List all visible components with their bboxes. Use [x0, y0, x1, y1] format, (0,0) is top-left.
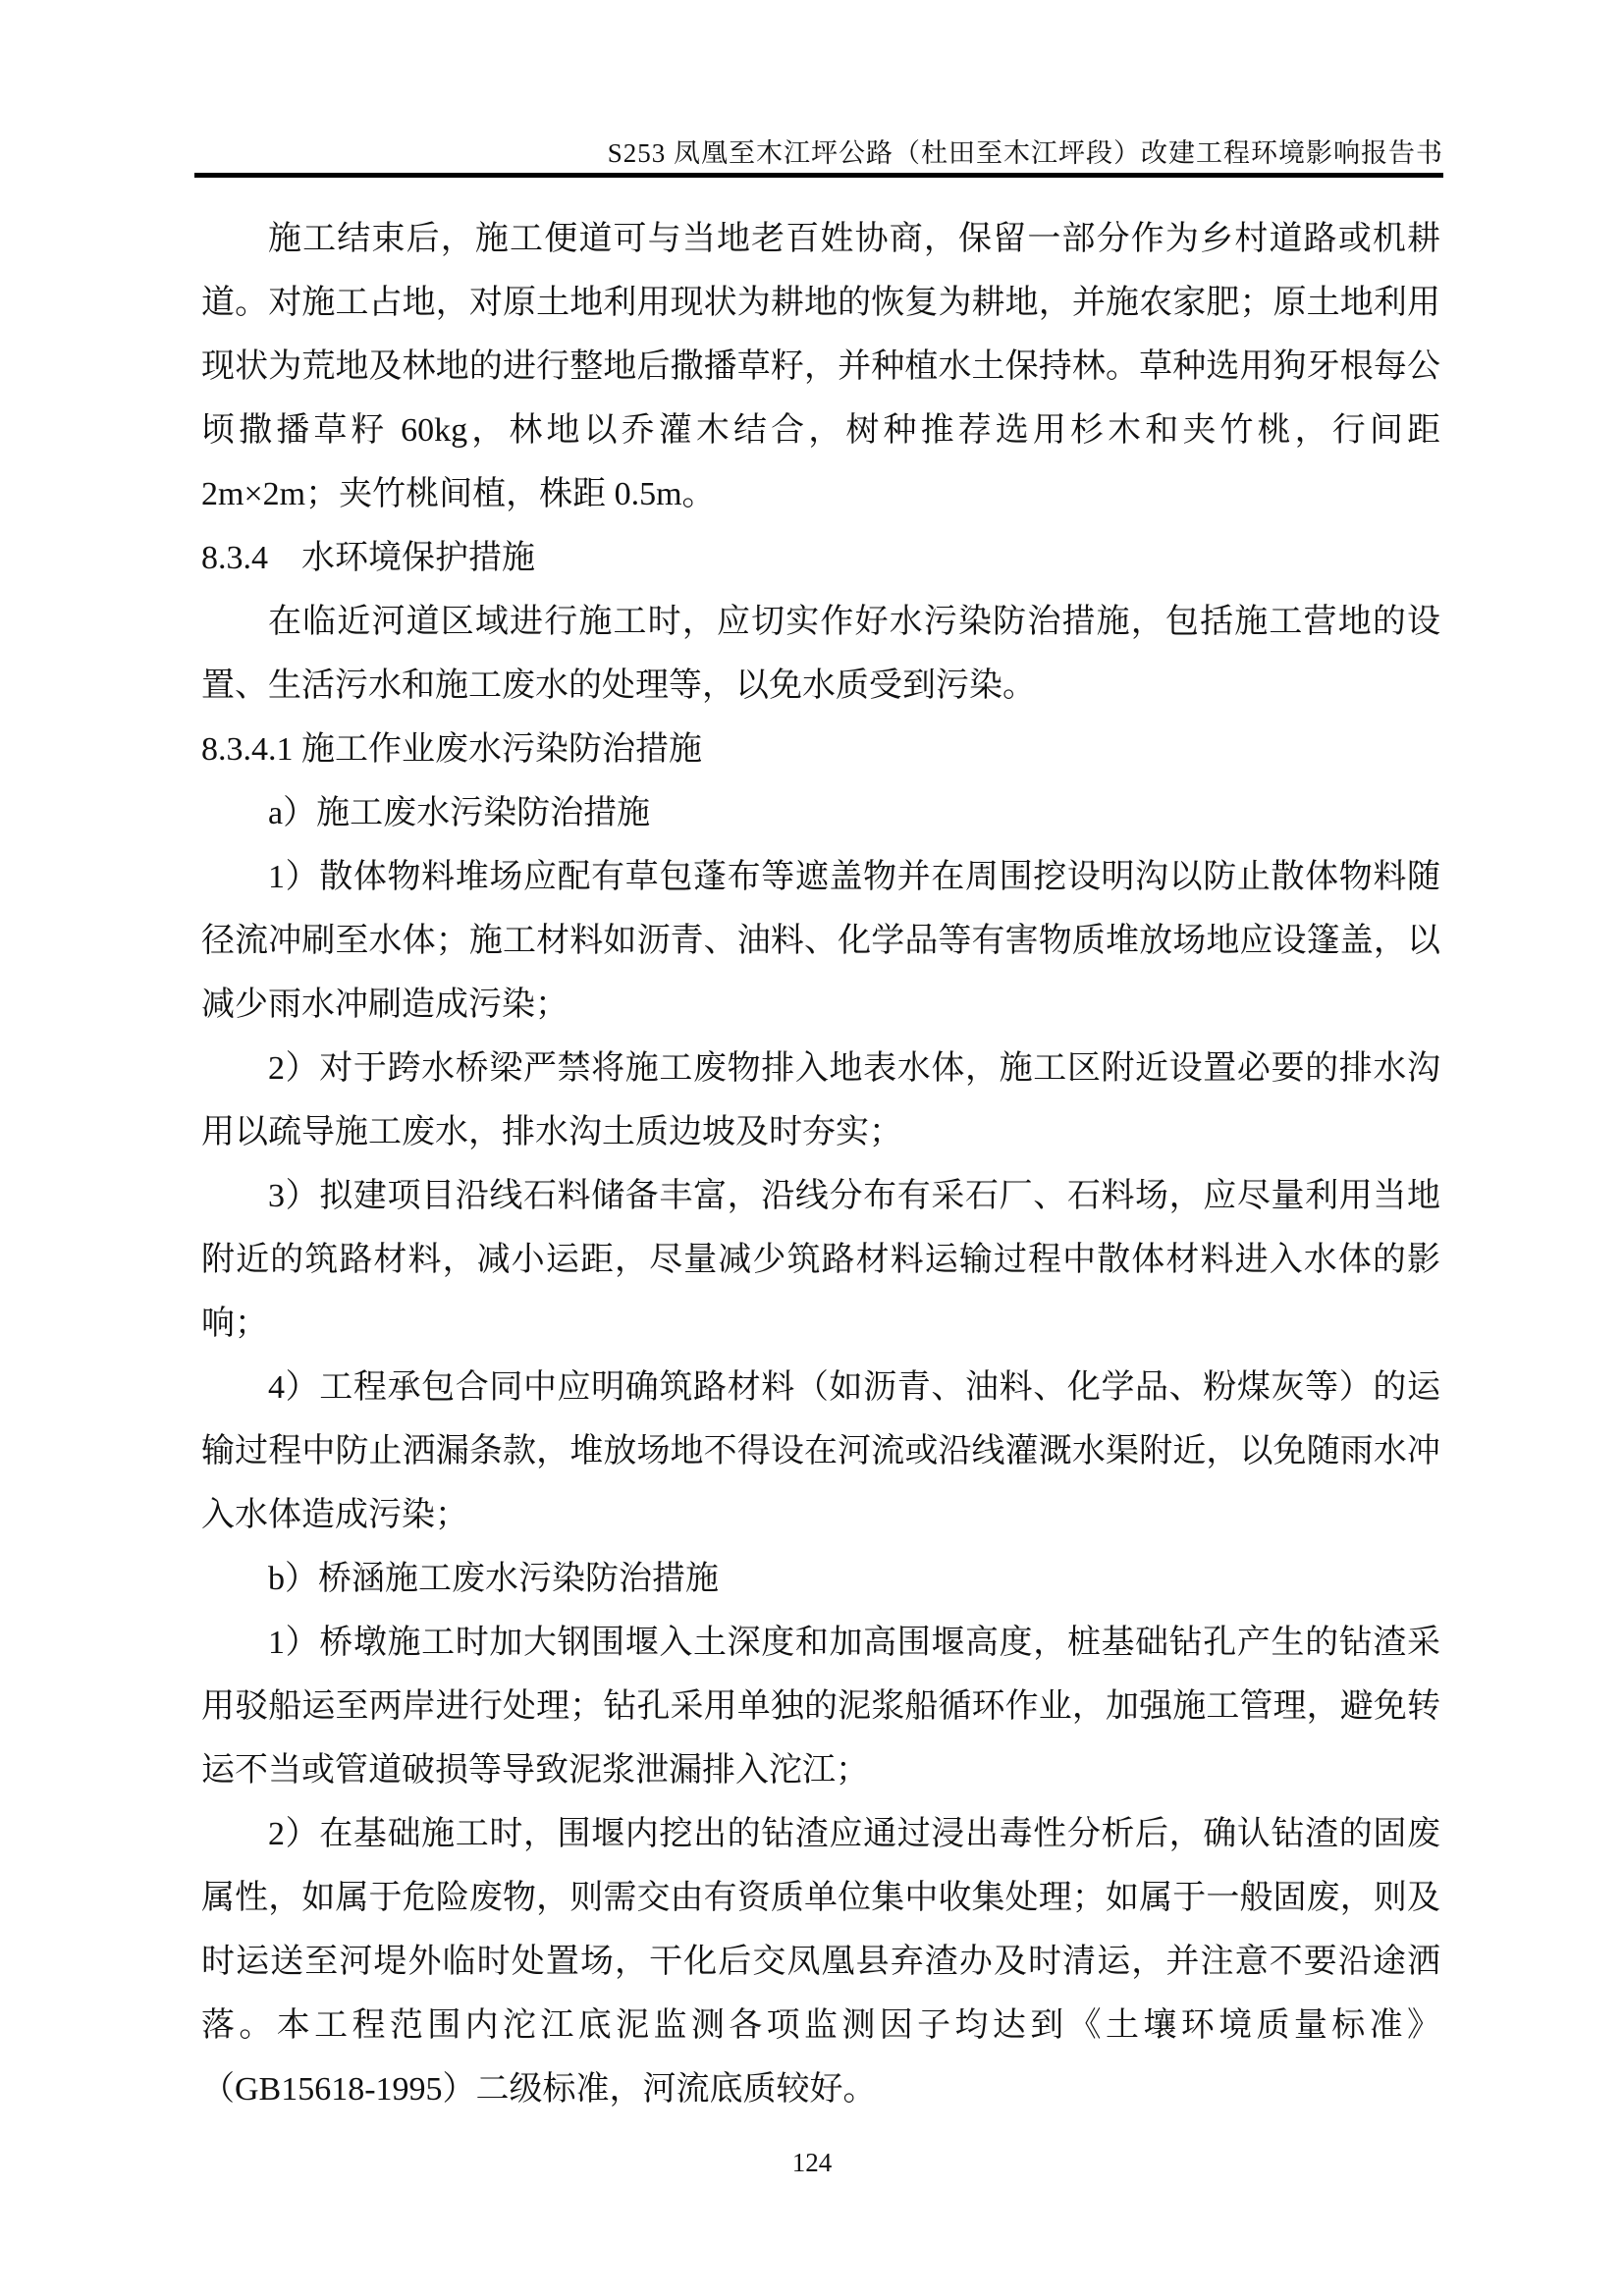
paragraph: 2）在基础施工时，围堰内挖出的钻渣应通过浸出毒性分析后，确认钻渣的固废属性，如属… — [201, 1802, 1440, 2121]
report-header-title: S253 凤凰至木江坪公路（杜田至木江坪段）改建工程环境影响报告书 — [194, 135, 1443, 171]
paragraph: 1）散体物料堆场应配有草包蓬布等遮盖物并在周围挖设明沟以防止散体物料随径流冲刷至… — [201, 845, 1440, 1037]
page-number: 124 — [0, 2143, 1624, 2182]
paragraph: 4）工程承包合同中应明确筑路材料（如沥青、油料、化学品、粉煤灰等）的运输过程中防… — [201, 1356, 1440, 1547]
document-page: S253 凤凰至木江坪公路（杜田至木江坪段）改建工程环境影响报告书 施工结束后，… — [0, 0, 1624, 2296]
document-body: 施工结束后，施工便道可与当地老百姓协商，保留一部分作为乡村道路或机耕道。对施工占… — [201, 207, 1440, 2121]
paragraph: 在临近河道区域进行施工时，应切实作好水污染防治措施，包括施工营地的设置、生活污水… — [201, 590, 1440, 718]
paragraph: a）施工废水污染防治措施 — [201, 781, 1440, 845]
paragraph: 1）桥墩施工时加大钢围堰入土深度和加高围堰高度，桩基础钻孔产生的钻渣采用驳船运至… — [201, 1611, 1440, 1802]
paragraph: 施工结束后，施工便道可与当地老百姓协商，保留一部分作为乡村道路或机耕道。对施工占… — [201, 207, 1440, 526]
paragraph: 3）拟建项目沿线石料储备丰富，沿线分布有采石厂、石料场，应尽量利用当地附近的筑路… — [201, 1164, 1440, 1356]
paragraph: 2）对于跨水桥梁严禁将施工废物排入地表水体，施工区附近设置必要的排水沟用以疏导施… — [201, 1037, 1440, 1164]
section-heading: 8.3.4 水环境保护措施 — [201, 526, 1440, 590]
section-heading: 8.3.4.1 施工作业废水污染防治措施 — [201, 718, 1440, 781]
paragraph: b）桥涵施工废水污染防治措施 — [201, 1547, 1440, 1611]
header-rule-divider — [194, 173, 1443, 178]
